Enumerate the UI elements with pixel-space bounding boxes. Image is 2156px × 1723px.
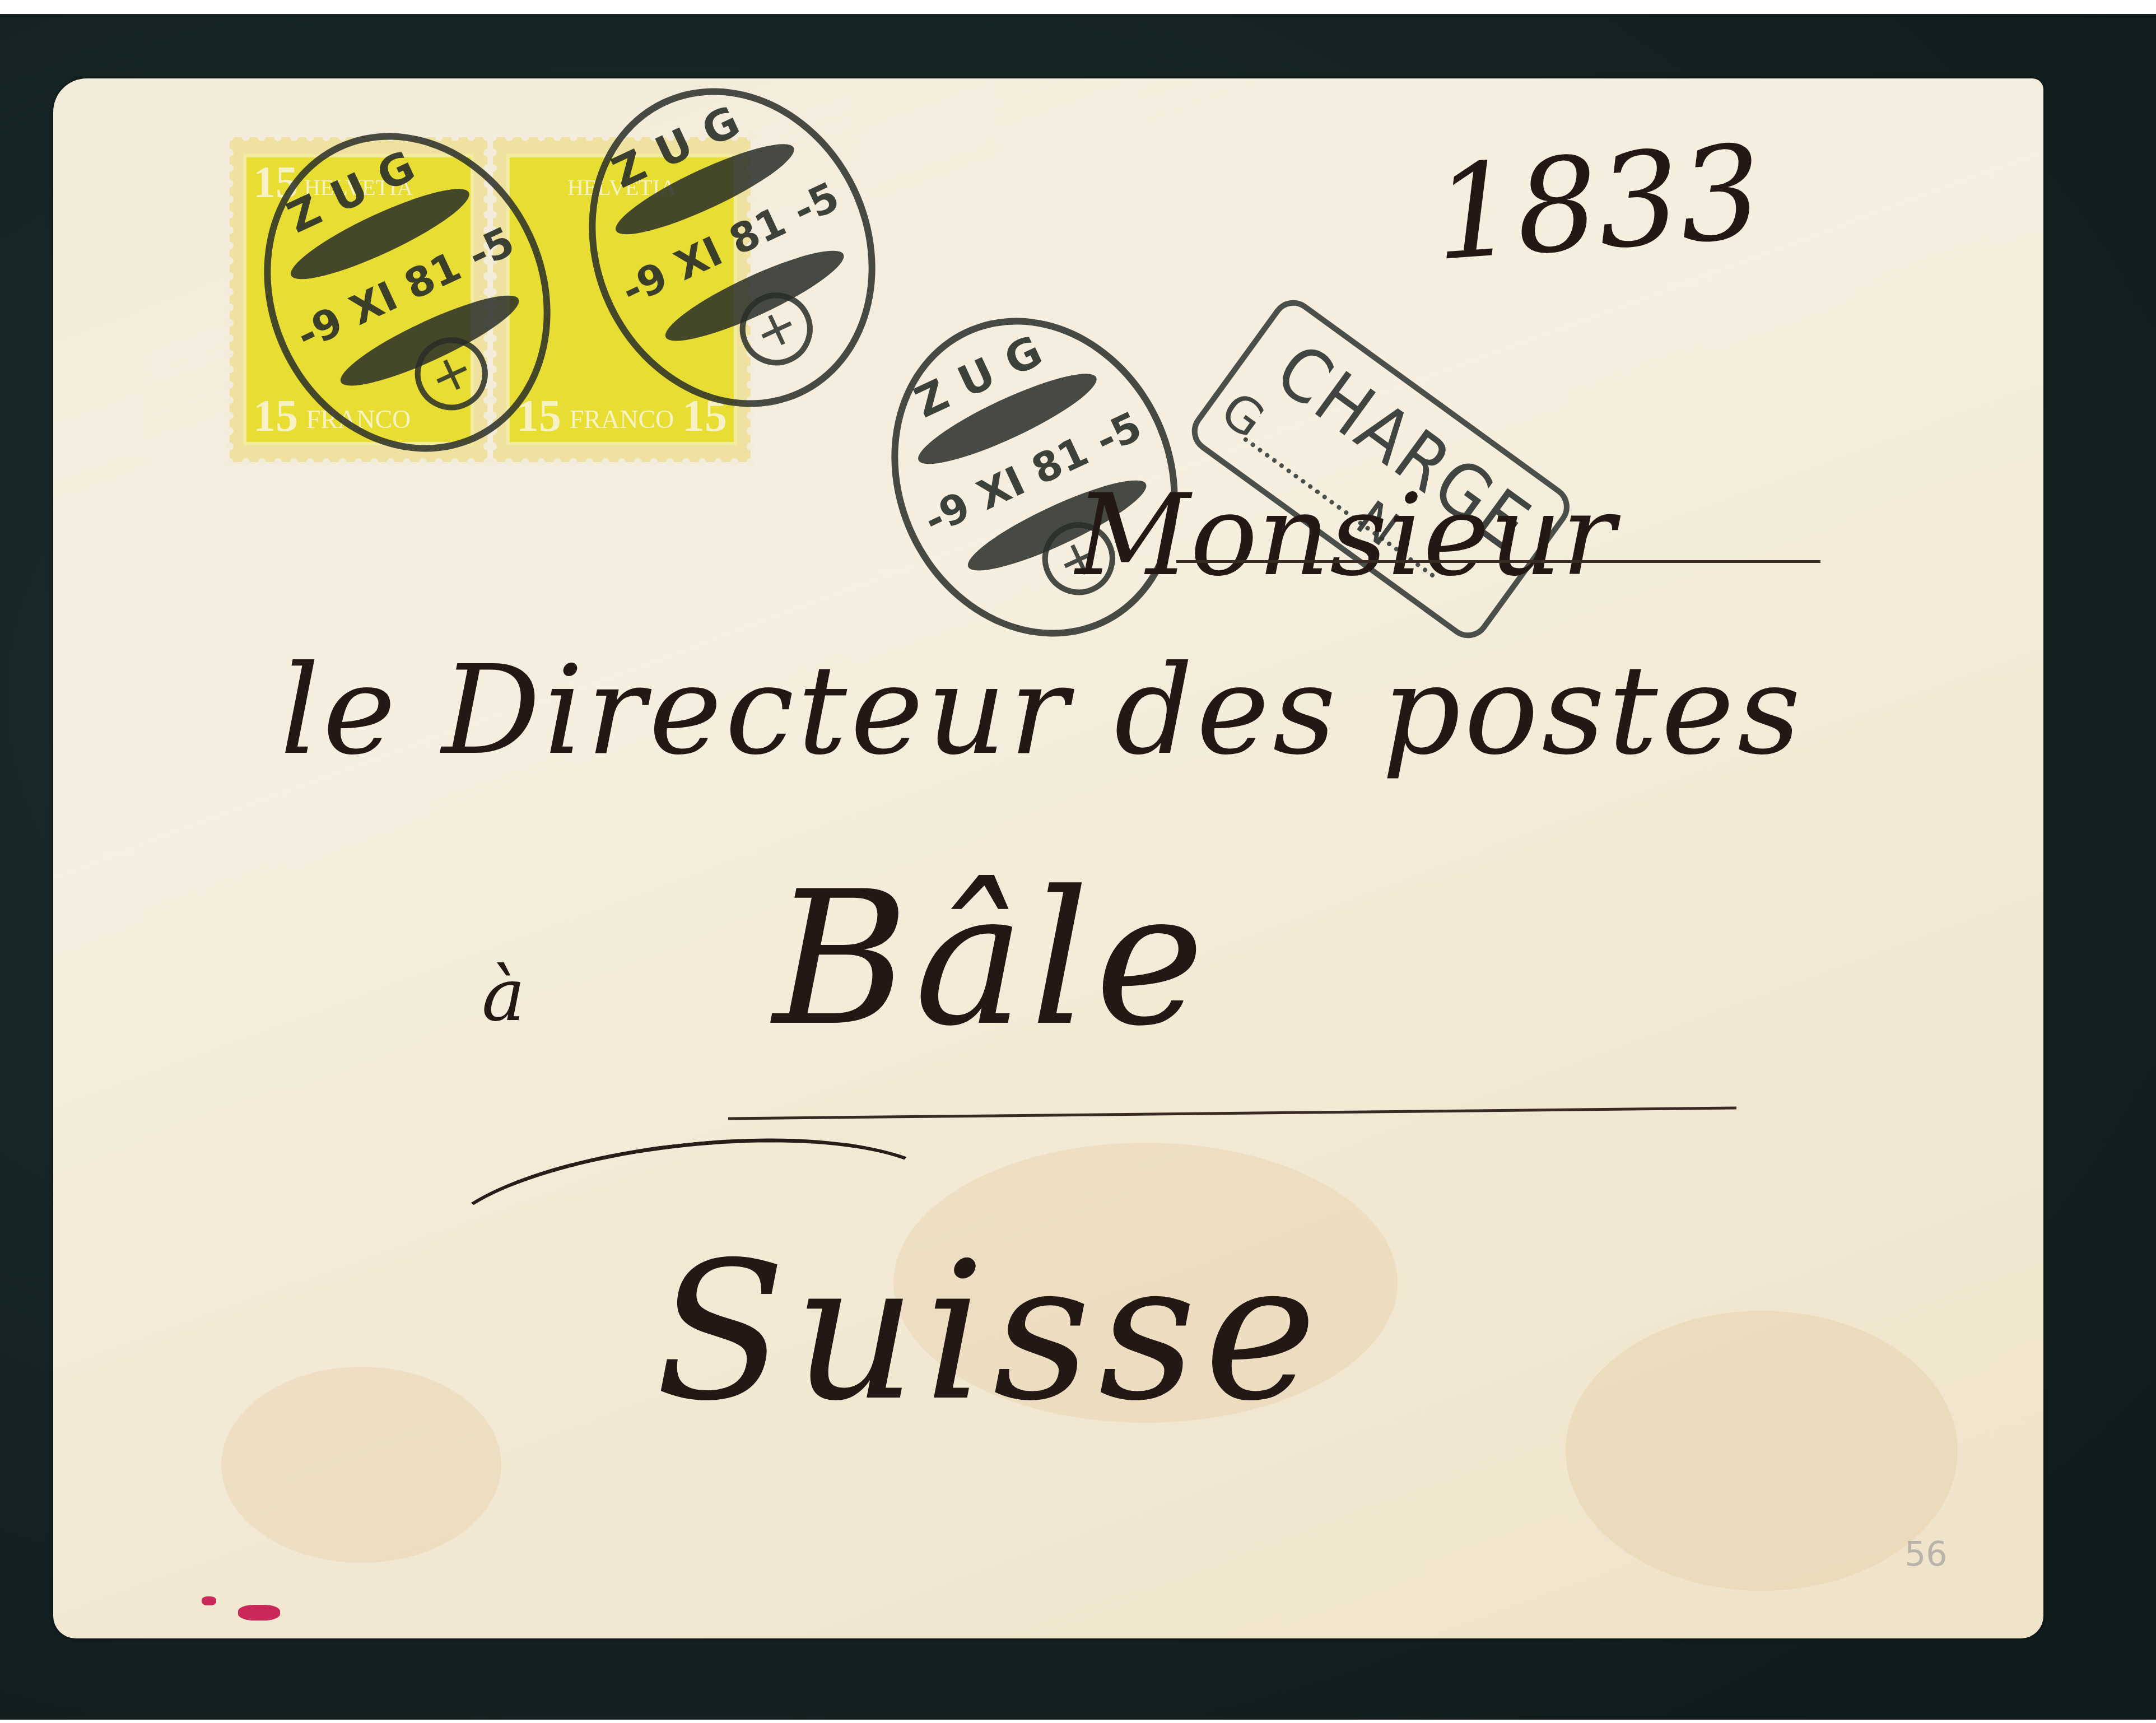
stamp-label: FRANCO <box>510 404 734 434</box>
address-country: Suisse <box>655 1221 1325 1443</box>
pink-ink-mark <box>202 1596 216 1605</box>
salutation-underline <box>1176 560 1820 563</box>
paper-stain <box>221 1367 501 1563</box>
salutation: Monsieur <box>1075 471 1615 601</box>
paper-stain <box>1566 1311 1958 1591</box>
address-prefix: à <box>482 952 525 1037</box>
address-city: Bâle <box>773 851 1210 1067</box>
pencil-note: 56 <box>1904 1535 1947 1574</box>
registration-number: 1833 <box>1429 118 1767 290</box>
pink-ink-mark <box>238 1605 280 1620</box>
address-line-1: le Directeur des postes <box>280 639 1804 782</box>
